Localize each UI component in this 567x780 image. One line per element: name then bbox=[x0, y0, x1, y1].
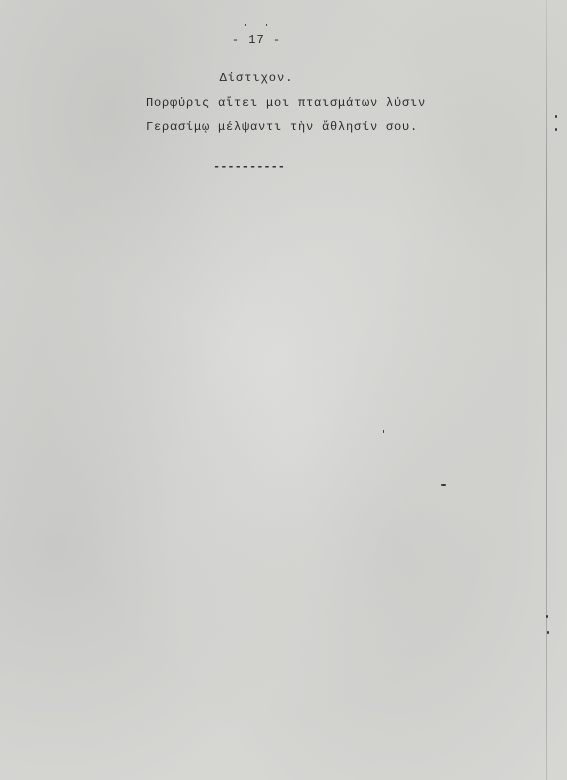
verse-line-2: Γερασίμῳ μέλψαντι τὴν ἄθλησίν σου. bbox=[146, 120, 418, 134]
page-number: - 17 - bbox=[0, 33, 540, 47]
scan-speck bbox=[546, 615, 548, 618]
scan-speck bbox=[383, 430, 384, 433]
separator-rule: ---------- bbox=[213, 160, 285, 174]
scanned-page: - 17 - Δίστιχον. Πορφύρις αἴτει μοι πται… bbox=[0, 0, 567, 780]
poem-title: Δίστιχον. bbox=[0, 71, 540, 85]
scan-speck bbox=[245, 24, 246, 26]
scan-speck bbox=[441, 484, 446, 486]
scan-speck bbox=[555, 128, 557, 131]
scan-speck bbox=[555, 115, 557, 118]
scan-speck bbox=[547, 631, 549, 634]
scan-speck bbox=[266, 24, 267, 26]
verse-line-1: Πορφύρις αἴτει μοι πταισμάτων λύσιν bbox=[146, 96, 426, 110]
page-edge-fold-line bbox=[546, 0, 547, 780]
